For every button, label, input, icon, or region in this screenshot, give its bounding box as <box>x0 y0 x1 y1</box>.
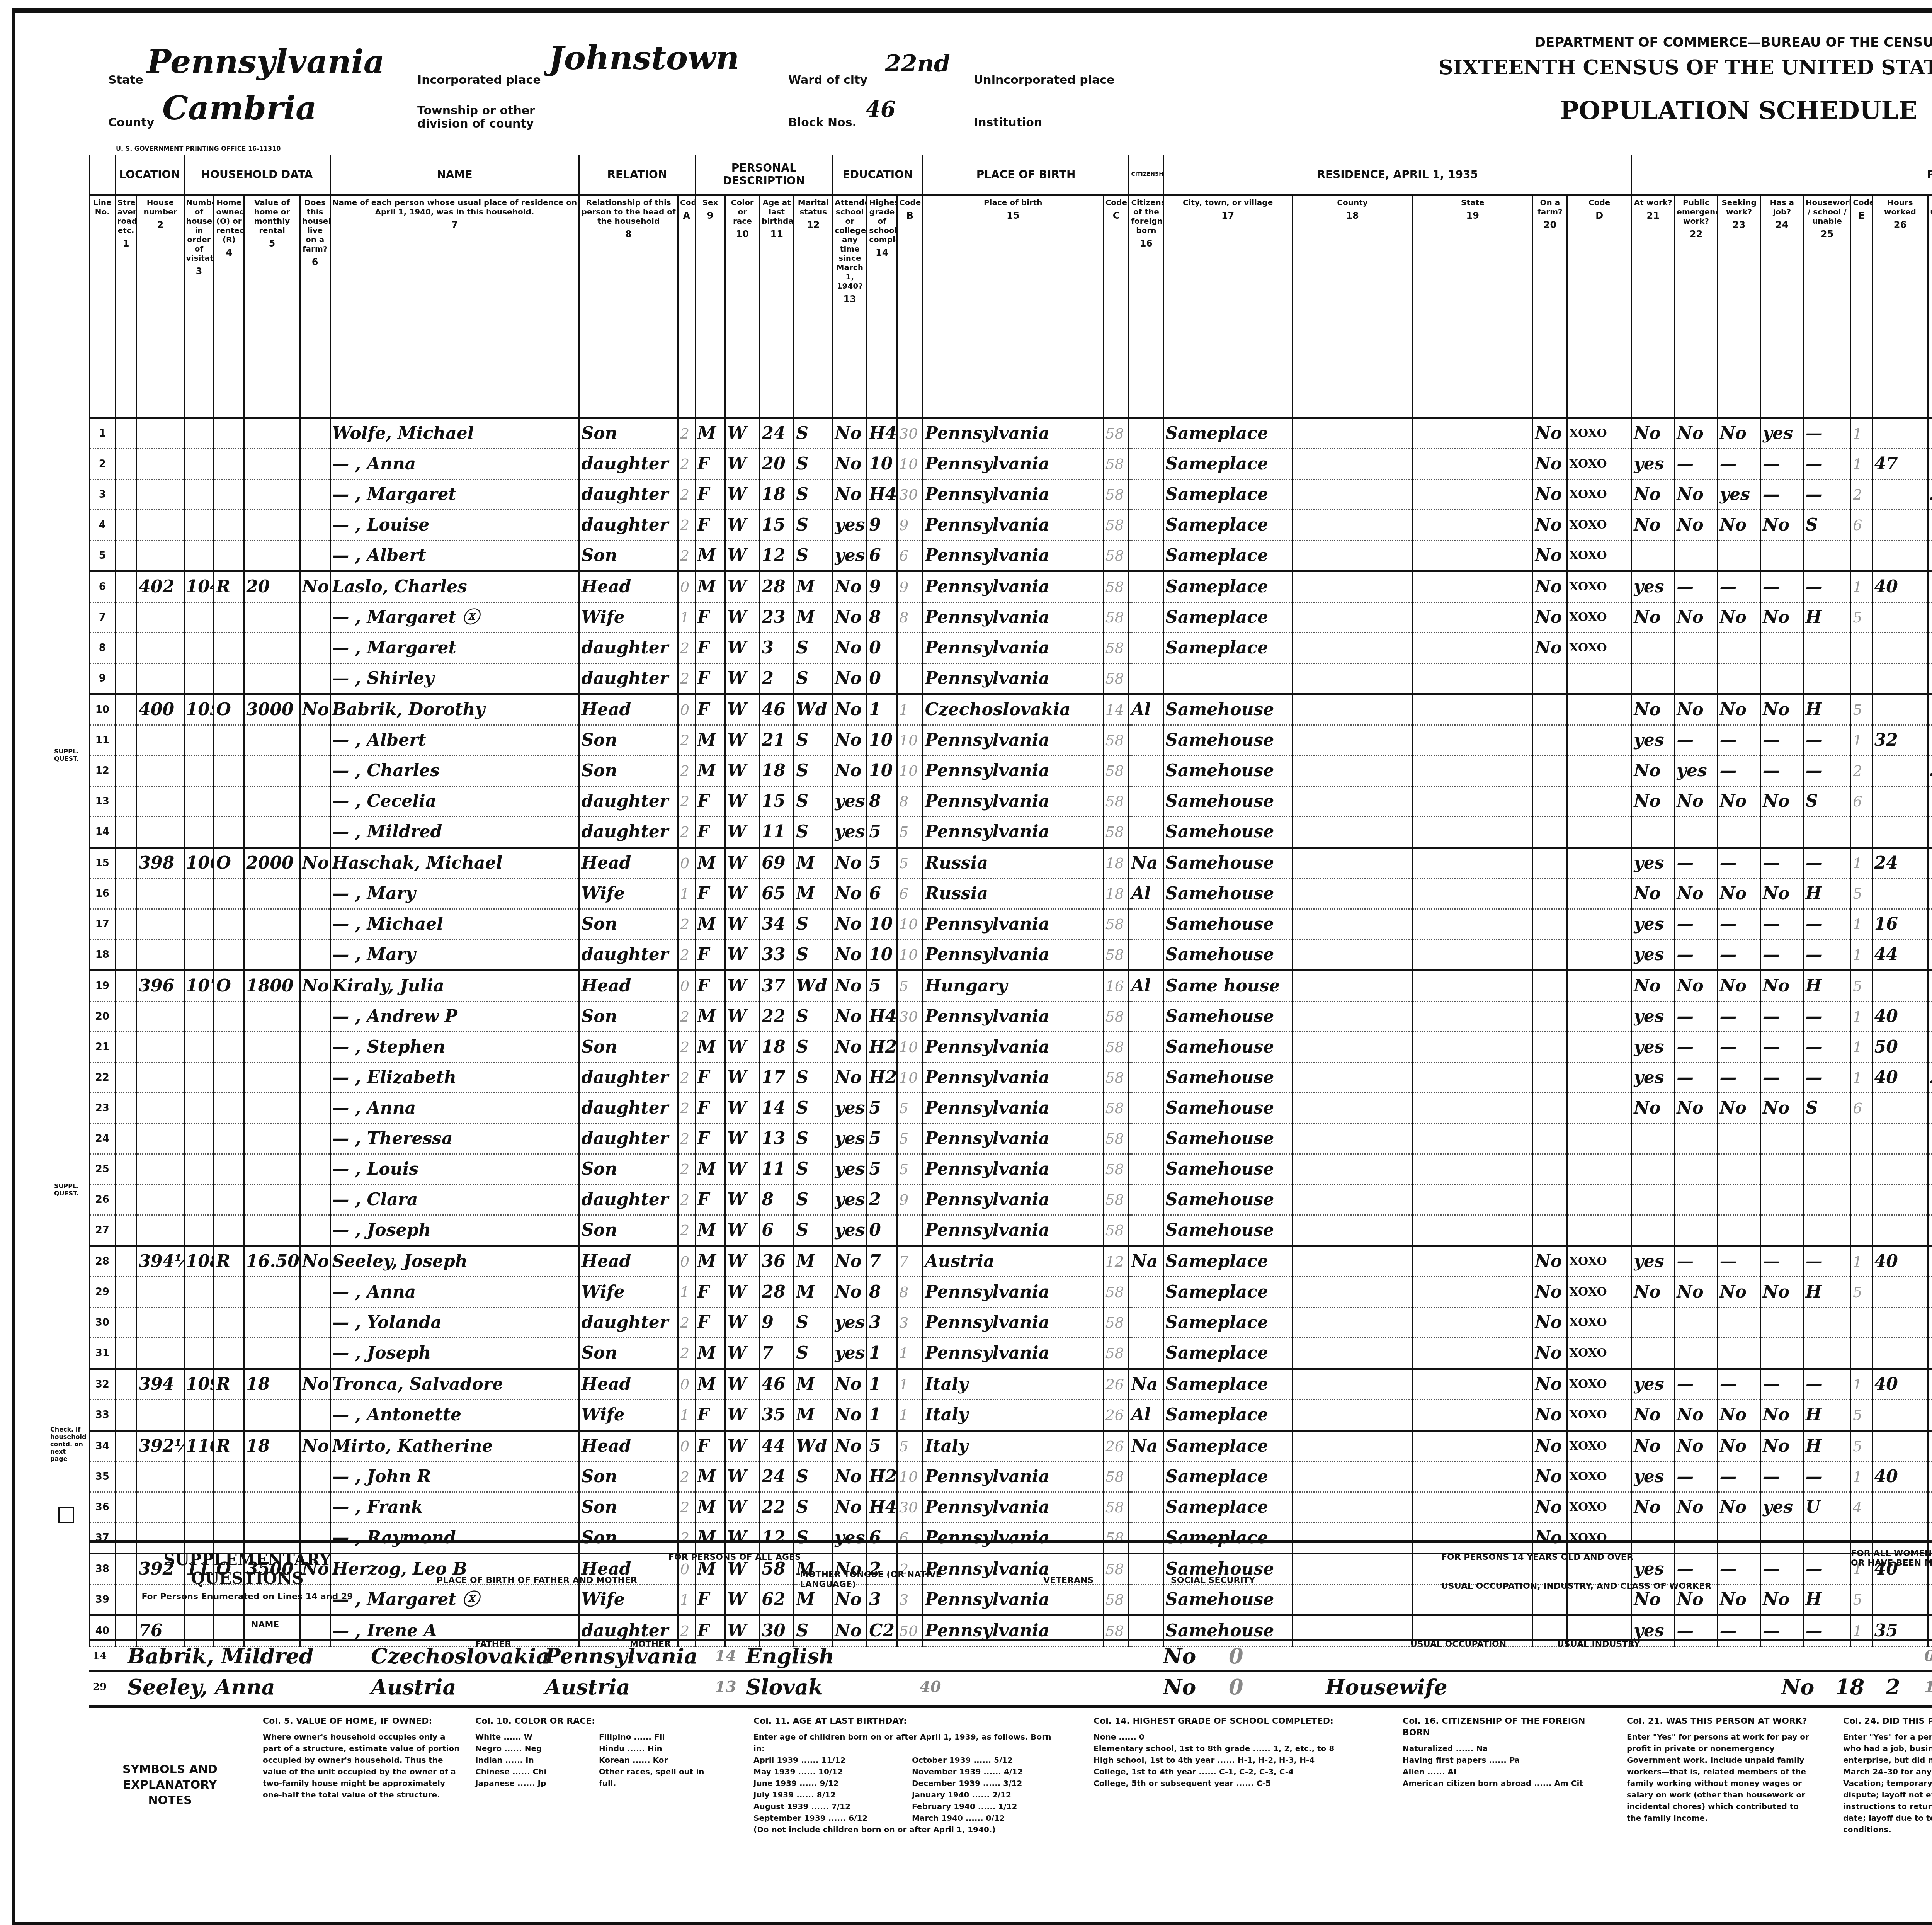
cell-w24: — <box>1760 480 1803 510</box>
cell-wks <box>1928 1492 1932 1523</box>
cell-grade: H2 <box>867 1032 897 1063</box>
cell-d <box>1567 940 1632 971</box>
cell-b: 10 <box>897 756 923 786</box>
note-col10-title: Col. 10. COLOR OR RACE: <box>475 1716 715 1727</box>
cell-value <box>244 480 300 510</box>
cell-w21 <box>1632 1185 1675 1215</box>
cell-sex: M <box>695 1492 725 1523</box>
cell-house: 392½ <box>137 1431 184 1462</box>
column-header-label: Sex <box>697 198 723 207</box>
cell-visit <box>184 449 214 480</box>
cell-street <box>115 663 137 694</box>
cell-cty <box>1292 663 1412 694</box>
cell-house <box>137 786 184 817</box>
cell-farm <box>300 1063 330 1093</box>
supp-ss-code: 0 <box>1229 1641 1243 1672</box>
cell-street <box>115 786 137 817</box>
cell-own <box>214 1063 244 1093</box>
cell-birth: Austria <box>923 1246 1103 1277</box>
cell-w24 <box>1760 1308 1803 1338</box>
cell-b: 10 <box>897 1063 923 1093</box>
cell-st <box>1413 694 1533 725</box>
cell-w22 <box>1675 541 1718 571</box>
ward-value: 22nd <box>885 50 950 77</box>
cell-res: Samehouse <box>1163 786 1293 817</box>
cell-value: 2000 <box>244 848 300 879</box>
cell-mar: M <box>794 1277 833 1308</box>
note-item: September 1939 ...... 6/12 <box>753 1812 904 1824</box>
cell-st <box>1413 1277 1533 1308</box>
cell-house <box>137 817 184 848</box>
cell-mar: S <box>794 1338 833 1369</box>
column-header-label: Marital status <box>796 198 830 216</box>
cell-cty <box>1292 817 1412 848</box>
cell-visit <box>184 1338 214 1369</box>
cell-value <box>244 756 300 786</box>
cell-sch: yes <box>833 786 867 817</box>
cell-race: W <box>725 1338 760 1369</box>
cell-mar: S <box>794 480 833 510</box>
cell-w24: — <box>1760 1032 1803 1063</box>
cell-grade: H4 <box>867 418 897 449</box>
group-education: EDUCATION <box>833 155 923 195</box>
cell-name: — , Louis <box>330 1154 579 1185</box>
cell-st <box>1413 1032 1533 1063</box>
cell-cty <box>1292 1338 1412 1369</box>
cell-w25: H <box>1803 694 1850 725</box>
cell-cty <box>1292 1002 1412 1032</box>
note-item: Having first papers ...... Pa <box>1403 1754 1604 1766</box>
cell-w22: No <box>1675 786 1718 817</box>
cell-rfarm: No <box>1533 480 1567 510</box>
column-number: 15 <box>925 210 1101 221</box>
census-row: 3— , Margaretdaughter2FW18SNoH430Pennsyl… <box>90 480 1932 510</box>
cell-sch: No <box>833 848 867 879</box>
cell-race: W <box>725 633 760 663</box>
cell-street <box>115 1246 137 1277</box>
cell-wks <box>1928 909 1932 940</box>
cell-w24: yes <box>1760 418 1803 449</box>
cell-rfarm: No <box>1533 571 1567 602</box>
cell-w24: yes <box>1760 1492 1803 1523</box>
cell-sex: F <box>695 633 725 663</box>
note-col21-text: Enter "Yes" for persons at work for pay … <box>1627 1731 1812 1824</box>
cell-d: XOXO <box>1567 571 1632 602</box>
cell-house <box>137 1338 184 1369</box>
cell-farm <box>300 418 330 449</box>
column-header: Place of birth15 <box>923 195 1103 418</box>
note-item: March 1940 ...... 0/12 <box>912 1812 1063 1824</box>
column-header: City, town, or village17 <box>1163 195 1293 418</box>
cell-visit <box>184 1400 214 1431</box>
cell-w22 <box>1675 633 1718 663</box>
cell-line: 16 <box>90 879 116 909</box>
cell-race: W <box>725 1492 760 1523</box>
cell-house <box>137 1093 184 1124</box>
cell-w22: No <box>1675 602 1718 633</box>
cell-grade: 5 <box>867 1124 897 1154</box>
cell-b: 5 <box>897 817 923 848</box>
cell-d <box>1567 1032 1632 1063</box>
cell-c: 58 <box>1103 1308 1129 1338</box>
cell-rel: Son <box>579 725 678 756</box>
cell-cit <box>1129 1492 1163 1523</box>
cell-w21 <box>1632 817 1675 848</box>
cell-w25: — <box>1803 909 1850 940</box>
cell-visit: 108 <box>184 1246 214 1277</box>
cell-own <box>214 418 244 449</box>
cell-street <box>115 909 137 940</box>
cell-w22: — <box>1675 1002 1718 1032</box>
cell-sch: No <box>833 909 867 940</box>
cell-birth: Pennsylvania <box>923 1093 1103 1124</box>
cell-farm <box>300 940 330 971</box>
cell-race: W <box>725 817 760 848</box>
cell-rfarm <box>1533 1093 1567 1124</box>
cell-line: 36 <box>90 1492 116 1523</box>
census-row: 20— , Andrew PSon2MW22SNoH430Pennsylvani… <box>90 1002 1932 1032</box>
cell-birth: Pennsylvania <box>923 1002 1103 1032</box>
cell-rfarm <box>1533 1215 1567 1246</box>
incorporated-place-label: Incorporated place <box>417 73 541 87</box>
cell-rel: daughter <box>579 663 678 694</box>
cell-visit <box>184 1093 214 1124</box>
cell-birth: Pennsylvania <box>923 480 1103 510</box>
cell-e: 5 <box>1851 971 1872 1002</box>
cell-cty <box>1292 909 1412 940</box>
cell-w24: — <box>1760 1462 1803 1492</box>
cell-b: 6 <box>897 541 923 571</box>
cell-name: — , Shirley <box>330 663 579 694</box>
cell-res: Sameplace <box>1163 1308 1293 1338</box>
column-header: Hours worked26 <box>1872 195 1928 418</box>
cell-rel: daughter <box>579 940 678 971</box>
cell-d: XOXO <box>1567 1462 1632 1492</box>
cell-rfarm <box>1533 1154 1567 1185</box>
cell-wks <box>1928 1032 1932 1063</box>
cell-cty <box>1292 480 1412 510</box>
census-row: 26— , Claradaughter2FW8Syes29Pennsylvani… <box>90 1185 1932 1215</box>
cell-b: 5 <box>897 1431 923 1462</box>
cell-w21 <box>1632 1215 1675 1246</box>
cell-w25 <box>1803 1215 1850 1246</box>
cell-w25: — <box>1803 756 1850 786</box>
cell-farm <box>300 510 330 541</box>
cell-farm: No <box>300 571 330 602</box>
cell-w22 <box>1675 1185 1718 1215</box>
cell-farm <box>300 541 330 571</box>
cell-line: 4 <box>90 510 116 541</box>
supp-mother: Austria <box>545 1672 630 1702</box>
census-row: 8— , Margaretdaughter2FW3SNo0Pennsylvani… <box>90 633 1932 663</box>
cell-hrs <box>1872 1308 1928 1338</box>
cell-w22: No <box>1675 1400 1718 1431</box>
cell-rel: Son <box>579 418 678 449</box>
cell-mar: S <box>794 449 833 480</box>
cell-race: W <box>725 848 760 879</box>
note-item: April 1939 ...... 11/12 <box>753 1754 904 1766</box>
cell-res: Samehouse <box>1163 1063 1293 1093</box>
cell-sch: No <box>833 694 867 725</box>
cell-rfarm <box>1533 725 1567 756</box>
cell-line: 14 <box>90 817 116 848</box>
cell-res: Sameplace <box>1163 633 1293 663</box>
cell-age: 24 <box>760 1462 794 1492</box>
note-col16-title: Col. 16. CITIZENSHIP OF THE FOREIGN BORN <box>1403 1716 1604 1739</box>
note-item: Negro ...... Neg <box>475 1743 591 1754</box>
unincorporated-place-label: Unincorporated place <box>974 73 1114 87</box>
cell-age: 24 <box>760 418 794 449</box>
census-row: 18— , Marydaughter2FW33SNo1010Pennsylvan… <box>90 940 1932 971</box>
cell-w22: — <box>1675 1462 1718 1492</box>
cell-rel: daughter <box>579 449 678 480</box>
cell-w22: No <box>1675 1093 1718 1124</box>
cell-value <box>244 817 300 848</box>
cell-visit <box>184 1063 214 1093</box>
column-number: 7 <box>332 219 577 230</box>
cell-house <box>137 1063 184 1093</box>
cell-birth: Pennsylvania <box>923 817 1103 848</box>
column-number: 13 <box>835 294 865 304</box>
cell-w21: yes <box>1632 1002 1675 1032</box>
cell-house <box>137 1124 184 1154</box>
cell-sch: No <box>833 1462 867 1492</box>
cell-age: 65 <box>760 879 794 909</box>
cell-w24 <box>1760 1215 1803 1246</box>
column-header: Does this household live on a farm?6 <box>300 195 330 418</box>
cell-grade: 5 <box>867 1093 897 1124</box>
column-number: 10 <box>727 229 757 240</box>
cell-w23: No <box>1718 1400 1760 1431</box>
column-header: CodeB <box>897 195 923 418</box>
cell-mar: M <box>794 1400 833 1431</box>
cell-visit: 106 <box>184 848 214 879</box>
cell-w24: No <box>1760 602 1803 633</box>
cell-w22: No <box>1675 879 1718 909</box>
census-row: 17— , MichaelSon2MW34SNo1010Pennsylvania… <box>90 909 1932 940</box>
cell-hrs: 40 <box>1872 1002 1928 1032</box>
cell-st <box>1413 879 1533 909</box>
cell-mar: S <box>794 1185 833 1215</box>
cell-rfarm: No <box>1533 1400 1567 1431</box>
cell-mar: Wd <box>794 971 833 1002</box>
cell-rfarm <box>1533 694 1567 725</box>
cell-hrs <box>1872 1185 1928 1215</box>
cell-a: 1 <box>678 879 695 909</box>
census-row: 7— , Margaret ⓧWife1FW23MNo88Pennsylvani… <box>90 602 1932 633</box>
cell-visit: 107 <box>184 971 214 1002</box>
cell-own <box>214 817 244 848</box>
cell-w21: No <box>1632 694 1675 725</box>
cell-grade: 10 <box>867 449 897 480</box>
cell-value <box>244 1338 300 1369</box>
cell-w21 <box>1632 1308 1675 1338</box>
note-item: High school, 1st to 4th year ...... H-1,… <box>1094 1754 1372 1766</box>
census-row: 21— , StephenSon2MW18SNoH210Pennsylvania… <box>90 1032 1932 1063</box>
cell-sex: M <box>695 1154 725 1185</box>
cell-wks <box>1928 541 1932 571</box>
continued-checkbox[interactable] <box>58 1507 74 1523</box>
cell-w23: No <box>1718 1093 1760 1124</box>
cell-res <box>1163 663 1293 694</box>
cell-street <box>115 510 137 541</box>
cell-age: 18 <box>760 756 794 786</box>
column-number: A <box>680 210 693 221</box>
cell-c: 14 <box>1103 694 1129 725</box>
cell-cty <box>1292 1400 1412 1431</box>
cell-sch: No <box>833 480 867 510</box>
cell-sex: F <box>695 1063 725 1093</box>
cell-name: — , Antonette <box>330 1400 579 1431</box>
cell-w23: No <box>1718 694 1760 725</box>
cell-b: 5 <box>897 848 923 879</box>
cell-c: 58 <box>1103 817 1129 848</box>
cell-own <box>214 1308 244 1338</box>
cell-farm: No <box>300 1369 330 1400</box>
cell-w22: No <box>1675 1431 1718 1462</box>
cell-w22: No <box>1675 694 1718 725</box>
census-row: 13— , Ceceliadaughter2FW15Syes88Pennsylv… <box>90 786 1932 817</box>
cell-res: Sameplace <box>1163 1277 1293 1308</box>
cell-w25: — <box>1803 1462 1850 1492</box>
column-number: 27 <box>1930 219 1932 230</box>
cell-rfarm <box>1533 1124 1567 1154</box>
cell-cty <box>1292 571 1412 602</box>
cell-line: 2 <box>90 449 116 480</box>
cell-street <box>115 1277 137 1308</box>
column-number: 11 <box>762 229 792 240</box>
cell-age: 21 <box>760 725 794 756</box>
cell-birth: Pennsylvania <box>923 1462 1103 1492</box>
cell-cty <box>1292 756 1412 786</box>
cell-w25: H <box>1803 1277 1850 1308</box>
column-header-label: Public emergency work? <box>1677 198 1715 226</box>
cell-rel: Son <box>579 1002 678 1032</box>
cell-street <box>115 971 137 1002</box>
cell-sch: No <box>833 663 867 694</box>
cell-b: 1 <box>897 694 923 725</box>
cell-b: 5 <box>897 1124 923 1154</box>
cell-wks <box>1928 1431 1932 1462</box>
cell-name: — , Mary <box>330 879 579 909</box>
cell-w24: No <box>1760 1400 1803 1431</box>
cell-res: Same house <box>1163 971 1293 1002</box>
cell-hrs <box>1872 817 1928 848</box>
cell-w23 <box>1718 633 1760 663</box>
column-header: Sex9 <box>695 195 725 418</box>
cell-a: 2 <box>678 1338 695 1369</box>
cell-birth: Pennsylvania <box>923 1154 1103 1185</box>
cell-a: 2 <box>678 786 695 817</box>
column-header: Highest grade of school completed14 <box>867 195 897 418</box>
cell-line: 19 <box>90 971 116 1002</box>
cell-hrs <box>1872 1215 1928 1246</box>
cell-cit <box>1129 786 1163 817</box>
cell-wks <box>1928 1338 1932 1369</box>
cell-cty <box>1292 1492 1412 1523</box>
cell-mar: S <box>794 1154 833 1185</box>
cell-rfarm <box>1533 940 1567 971</box>
cell-mar: S <box>794 663 833 694</box>
cell-value <box>244 940 300 971</box>
cell-rfarm: No <box>1533 1462 1567 1492</box>
cell-value <box>244 541 300 571</box>
supp-mother-tongue-header: MOTHER TONGUE (OR NATIVE LANGUAGE) <box>800 1570 947 1589</box>
cell-wks <box>1928 633 1932 663</box>
cell-w24: No <box>1760 1431 1803 1462</box>
cell-d <box>1567 1002 1632 1032</box>
cell-sex: F <box>695 602 725 633</box>
cell-mar: S <box>794 418 833 449</box>
cell-rfarm <box>1533 756 1567 786</box>
cell-e: 1 <box>1851 418 1872 449</box>
cell-race: W <box>725 1154 760 1185</box>
column-number: 16 <box>1131 238 1161 249</box>
population-schedule-table: LOCATION HOUSEHOLD DATA NAME RELATION PE… <box>89 155 1932 1647</box>
cell-birth: Hungary <box>923 971 1103 1002</box>
cell-birth: Pennsylvania <box>923 510 1103 541</box>
cell-w24: — <box>1760 1246 1803 1277</box>
cell-sex: F <box>695 1124 725 1154</box>
column-header-label: Code <box>1569 198 1629 207</box>
cell-c: 58 <box>1103 725 1129 756</box>
cell-house <box>137 418 184 449</box>
cell-b: 5 <box>897 1154 923 1185</box>
cell-a: 2 <box>678 1063 695 1093</box>
cell-e: 5 <box>1851 694 1872 725</box>
cell-rel: Head <box>579 1369 678 1400</box>
column-header-label: Does this household live on a farm? <box>302 198 328 253</box>
cell-street <box>115 1093 137 1124</box>
cell-own <box>214 1215 244 1246</box>
cell-birth: Pennsylvania <box>923 1185 1103 1215</box>
cell-name: — , Anna <box>330 449 579 480</box>
cell-a: 2 <box>678 541 695 571</box>
cell-cit <box>1129 663 1163 694</box>
cell-res: Samehouse <box>1163 1124 1293 1154</box>
census-row: 11— , AlbertSon2MW21SNo1010Pennsylvania5… <box>90 725 1932 756</box>
cell-mar: M <box>794 1369 833 1400</box>
cell-res: Sameplace <box>1163 510 1293 541</box>
cell-line: 8 <box>90 633 116 663</box>
column-number: 21 <box>1634 210 1672 221</box>
cell-line: 35 <box>90 1462 116 1492</box>
column-number: 6 <box>302 257 328 267</box>
cell-line: 5 <box>90 541 116 571</box>
cell-name: — , Charles <box>330 756 579 786</box>
cell-e: 1 <box>1851 449 1872 480</box>
column-header-label: Home owned (O) or rented (R) <box>216 198 242 244</box>
cell-visit <box>184 786 214 817</box>
note-col11-footer: (Do not include children born on or afte… <box>753 1824 1063 1835</box>
cell-house: 394 <box>137 1369 184 1400</box>
column-header: Marital status12 <box>794 195 833 418</box>
cell-cit <box>1129 817 1163 848</box>
cell-a: 0 <box>678 848 695 879</box>
cell-value <box>244 725 300 756</box>
cell-w23: No <box>1718 1431 1760 1462</box>
census-row: 34392½110R18NoMirto, KatherineHead0FW44W… <box>90 1431 1932 1462</box>
cell-d: XOXO <box>1567 541 1632 571</box>
column-number: 12 <box>796 219 830 230</box>
cell-b <box>897 663 923 694</box>
cell-sch: No <box>833 449 867 480</box>
column-number: 26 <box>1874 219 1926 230</box>
cell-grade: 3 <box>867 1308 897 1338</box>
cell-farm <box>300 663 330 694</box>
note-item: Indian ...... In <box>475 1754 591 1766</box>
cell-farm <box>300 879 330 909</box>
